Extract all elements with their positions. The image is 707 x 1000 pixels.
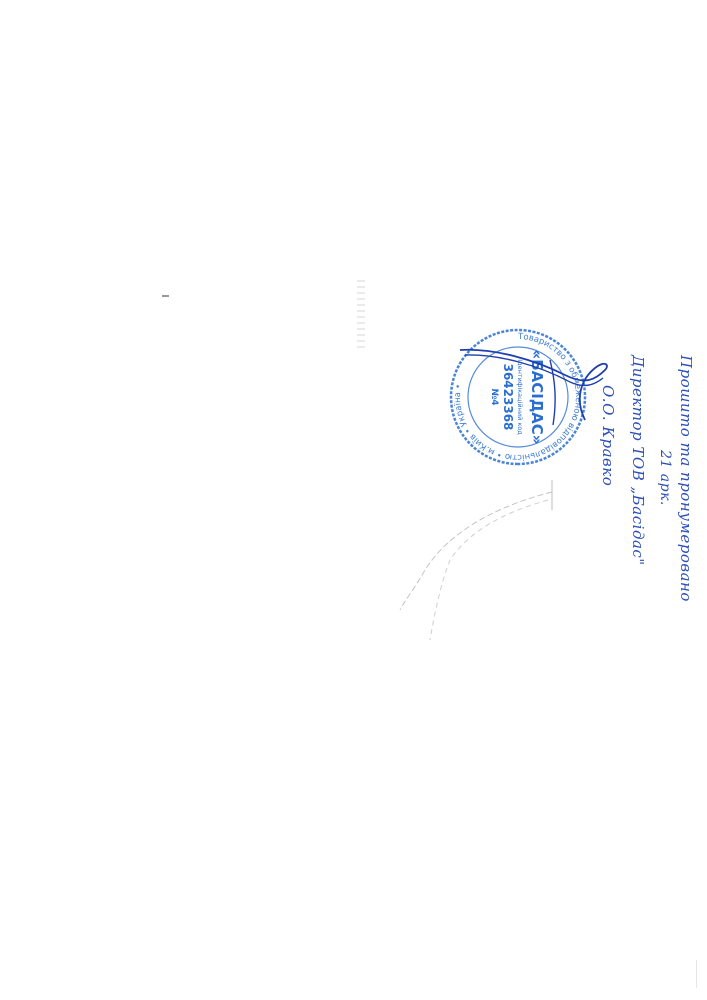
scan-artifact [162,295,169,297]
note-director-name: О.О. Кравко [599,385,617,486]
pencil-mark [380,470,580,650]
note-sheet-count: 21 арк. [657,450,673,506]
handwritten-certification-note: Прошито та пронумеровано 21 арк. Директо… [565,355,695,625]
note-director-title: Директор ТОВ „Басідас" [629,355,647,566]
scan-artifact [357,280,365,350]
scanned-page: Товариство з обмеженою відповідальністю … [0,0,707,1000]
scan-edge [696,960,697,988]
note-bound-numbered: Прошито та пронумеровано [677,355,695,602]
